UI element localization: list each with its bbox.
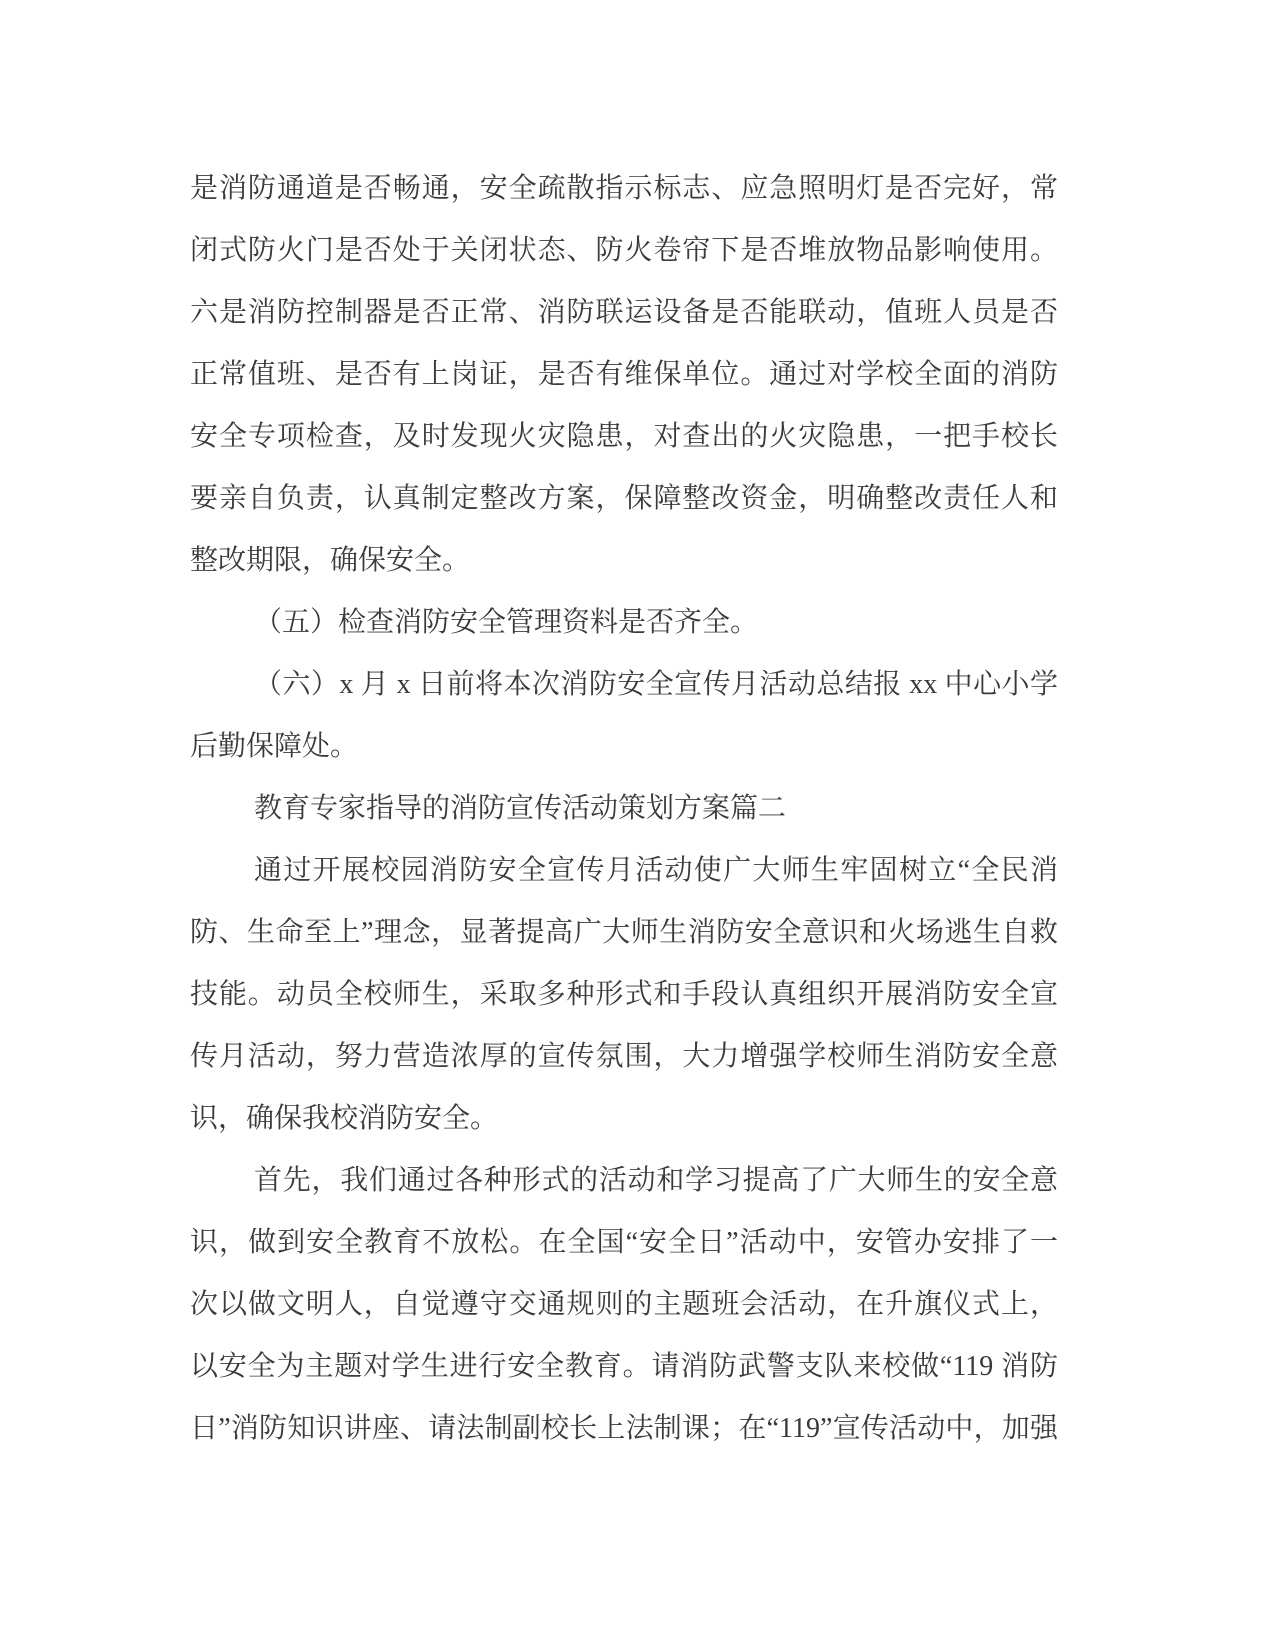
text-line: 要亲自负责，认真制定整改方案，保障整改资金，明确整改责任人和 [190,468,1058,530]
document-page: 是消防通道是否畅通，安全疏散指示标志、应急照明灯是否完好，常 闭式防火门是否处于… [0,0,1275,1650]
text-line: 以安全为主题对学生进行安全教育。请消防武警支队来校做“119 消防 [190,1336,1058,1398]
text-line: 防、生命至上”理念，显著提高广大师生消防安全意识和火场逃生自救 [190,902,1058,964]
text-line: 技能。动员全校师生，采取多种形式和手段认真组织开展消防安全宣 [190,964,1058,1026]
text-line: 传月活动，努力营造浓厚的宣传氛围，大力增强学校师生消防安全意 [190,1026,1058,1088]
text-line: 安全专项检查，及时发现火灾隐患，对查出的火灾隐患，一把手校长 [190,406,1058,468]
text-line: 次以做文明人，自觉遵守交通规则的主题班会活动，在升旗仪式上， [190,1274,1058,1336]
text-line: 识，做到安全教育不放松。在全国“安全日”活动中，安管办安排了一 [190,1212,1058,1274]
text-line: 整改期限，确保安全。 [190,530,1058,592]
text-line: 闭式防火门是否处于关闭状态、防火卷帘下是否堆放物品影响使用。 [190,220,1058,282]
text-line: 日”消防知识讲座、请法制副校长上法制课；在“119”宣传活动中，加强 [190,1398,1058,1460]
text-line: 识，确保我校消防安全。 [190,1088,1058,1150]
text-line: 教育专家指导的消防宣传活动策划方案篇二 [190,778,1058,840]
text-line: 正常值班、是否有上岗证，是否有维保单位。通过对学校全面的消防 [190,344,1058,406]
document-body: 是消防通道是否畅通，安全疏散指示标志、应急照明灯是否完好，常 闭式防火门是否处于… [190,158,1058,1460]
text-line: （六）x 月 x 日前将本次消防安全宣传月活动总结报 xx 中心小学 [190,654,1058,716]
text-line: （五）检查消防安全管理资料是否齐全。 [190,592,1058,654]
text-line: 首先，我们通过各种形式的活动和学习提高了广大师生的安全意 [190,1150,1058,1212]
text-line: 六是消防控制器是否正常、消防联运设备是否能联动，值班人员是否 [190,282,1058,344]
text-line: 后勤保障处。 [190,716,1058,778]
text-line: 是消防通道是否畅通，安全疏散指示标志、应急照明灯是否完好，常 [190,158,1058,220]
text-line: 通过开展校园消防安全宣传月活动使广大师生牢固树立“全民消 [190,840,1058,902]
